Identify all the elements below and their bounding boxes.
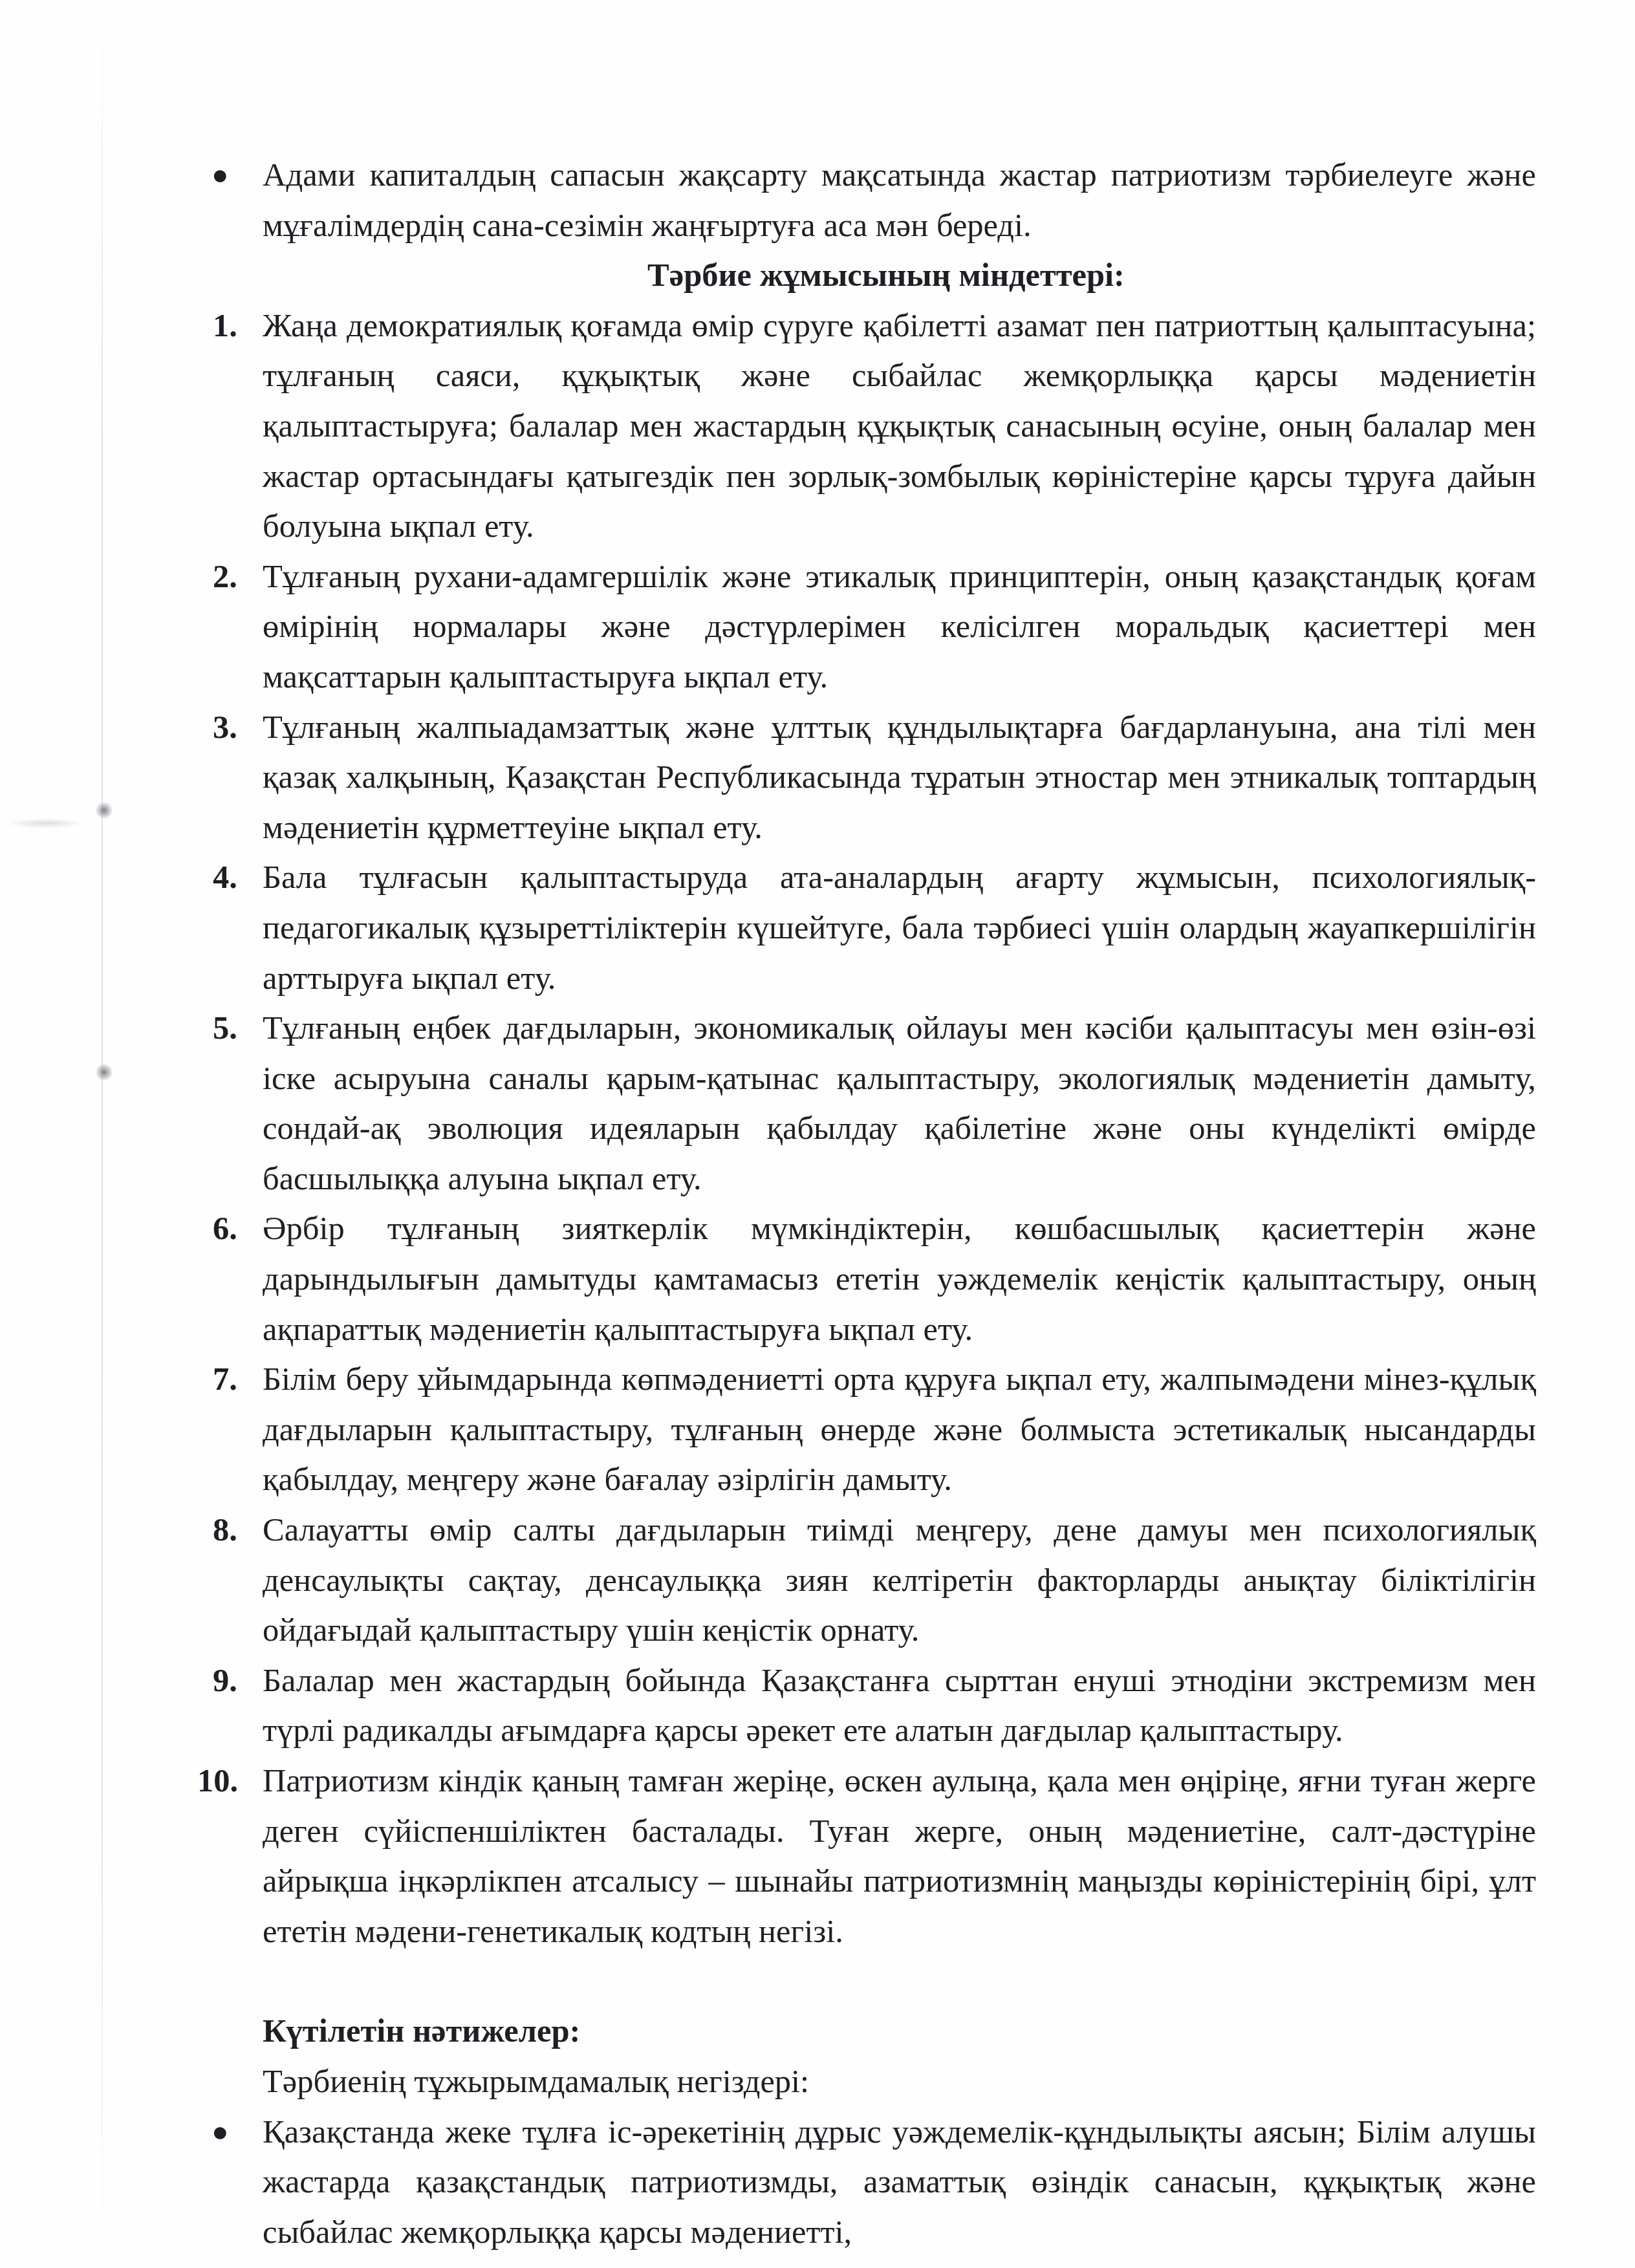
- results-bullet-text: Қазақстанда жеке тұлға іс-әрекетінің дұр…: [263, 2113, 1536, 2250]
- task-number: 9.: [213, 1656, 237, 1706]
- task-number: 7.: [213, 1354, 237, 1405]
- results-heading: Күтілетін нәтижелер:: [197, 2006, 1536, 2057]
- task-item: 6. Әрбір тұлғаның зияткерлік мүмкіндікте…: [197, 1204, 1536, 1354]
- scan-edge-line: [102, 0, 103, 2268]
- task-item: 10. Патриотизм кіндік қаның тамған жерің…: [197, 1756, 1536, 1956]
- task-number: 4.: [213, 852, 237, 903]
- task-item: 4. Бала тұлғасын қалыптастыруда ата-анал…: [197, 852, 1536, 1003]
- results-subheading: Тәрбиенің тұжырымдамалық негіздері:: [197, 2057, 1536, 2107]
- task-text: Балалар мен жастардың бойында Қазақстанғ…: [263, 1662, 1536, 1749]
- task-number: 10.: [197, 1756, 238, 1806]
- task-item: 9. Балалар мен жастардың бойында Қазақст…: [197, 1656, 1536, 1756]
- task-number: 1.: [213, 301, 237, 351]
- task-item: 7. Білім беру ұйымдарында көпмәдениетті …: [197, 1354, 1536, 1505]
- task-item: 2. Тұлғаның рухани-адамгершілік және эти…: [197, 552, 1536, 702]
- tasks-list: 1. Жаңа демократиялық қоғамда өмір сүруг…: [197, 301, 1536, 1957]
- task-number: 3.: [213, 702, 237, 753]
- task-text: Тұлғаның еңбек дағдыларын, экономикалық …: [263, 1010, 1536, 1196]
- intro-bullet-text: Адами капиталдың сапасын жақсарту мақсат…: [263, 157, 1536, 243]
- staple-mark: [96, 802, 113, 819]
- staple-mark: [96, 1064, 113, 1081]
- scan-smudge: [6, 818, 84, 828]
- bullet-icon: ●: [211, 2107, 237, 2157]
- task-text: Тұлғаның рухани-адамгершілік және этикал…: [263, 558, 1536, 695]
- task-text: Білім беру ұйымдарында көпмәдениетті орт…: [263, 1361, 1536, 1497]
- task-text: Әрбір тұлғаның зияткерлік мүмкіндіктерін…: [263, 1210, 1536, 1346]
- task-text: Тұлғаның жалпыадамзаттық және ұлттық құн…: [263, 709, 1536, 845]
- task-number: 5.: [213, 1003, 237, 1053]
- task-number: 2.: [213, 552, 237, 602]
- document-body: ● Адами капиталдың сапасын жақсарту мақс…: [197, 150, 1536, 2257]
- task-item: 8. Салауатты өмір салты дағдыларын тиімд…: [197, 1505, 1536, 1656]
- task-text: Патриотизм кіндік қаның тамған жеріңе, ө…: [263, 1762, 1536, 1949]
- task-text: Жаңа демократиялық қоғамда өмір сүруге қ…: [263, 307, 1536, 544]
- tasks-heading: Тәрбие жұмысының міндеттері:: [197, 250, 1536, 301]
- task-item: 1. Жаңа демократиялық қоғамда өмір сүруг…: [197, 301, 1536, 552]
- task-number: 6.: [213, 1204, 237, 1254]
- scanned-page: ● Адами капиталдың сапасын жақсарту мақс…: [0, 0, 1635, 2268]
- spacer: [197, 1956, 1536, 2006]
- task-text: Салауатты өмір салты дағдыларын тиімді м…: [263, 1511, 1536, 1648]
- bullet-icon: ●: [211, 150, 237, 200]
- intro-bullet-item: ● Адами капиталдың сапасын жақсарту мақс…: [197, 150, 1536, 250]
- results-bullet-item: ● Қазақстанда жеке тұлға іс-әрекетінің д…: [197, 2107, 1536, 2258]
- task-text: Бала тұлғасын қалыптастыруда ата-аналард…: [263, 859, 1536, 995]
- task-item: 5. Тұлғаның еңбек дағдыларын, экономикал…: [197, 1003, 1536, 1204]
- task-number: 8.: [213, 1505, 237, 1555]
- task-item: 3. Тұлғаның жалпыадамзаттық және ұлттық …: [197, 702, 1536, 853]
